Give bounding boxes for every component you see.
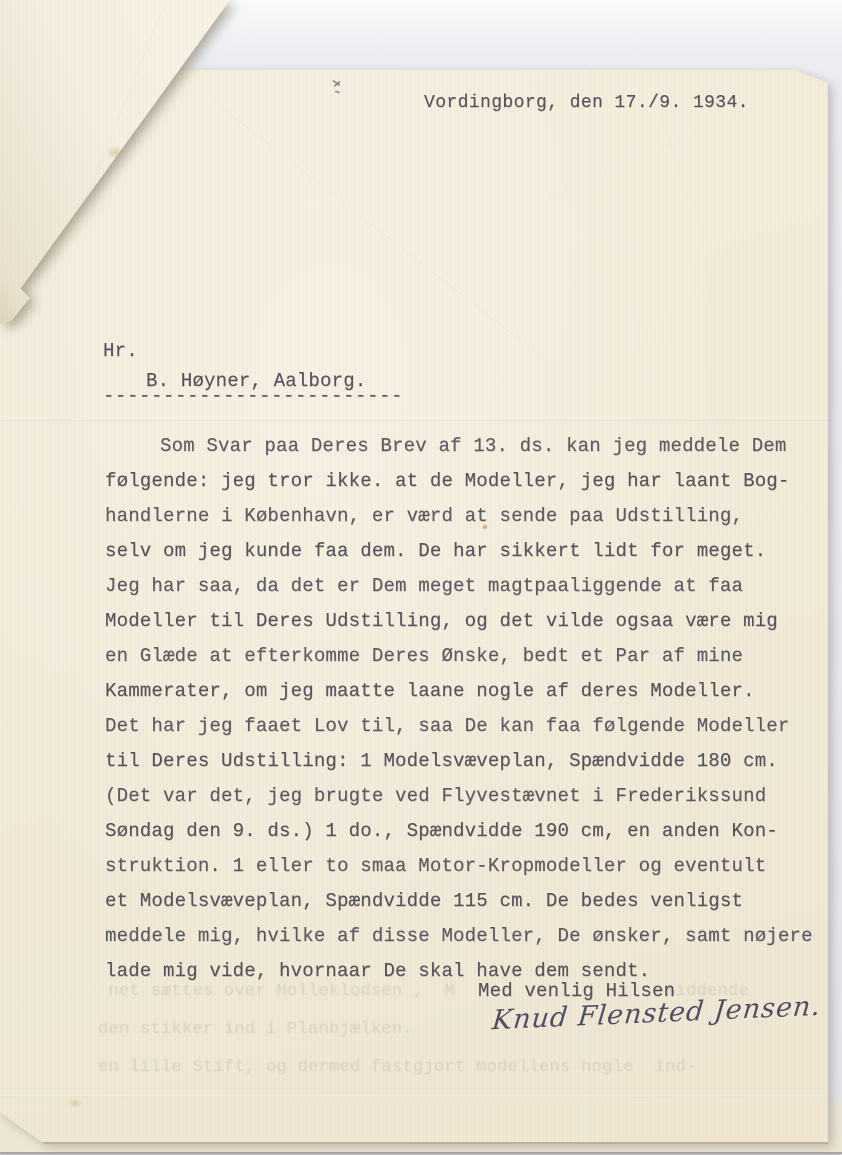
flap-crease: [25, 0, 169, 347]
recipient-salutation: Hr.: [103, 340, 138, 362]
body-line: selv om jeg kunde faa dem. De har sikker…: [105, 540, 813, 575]
body-line: Det har jeg faaet Lov til, saa De kan fa…: [105, 715, 813, 750]
body-line: lade mig vide, hvornaar De skal have dem…: [105, 960, 813, 995]
fold-crease-horizontal: [0, 418, 828, 421]
recipient-underline: -------------------------: [103, 385, 403, 407]
body-line: følgende: jeg tror ikke. at de Modeller,…: [105, 470, 813, 505]
letter-body: Som Svar paa Deres Brev af 13. ds. kan j…: [105, 435, 813, 995]
folded-corner-flap: [0, 0, 230, 324]
folded-corner-flap-surface: [0, 0, 230, 324]
fold-crease-diagonal: [214, 100, 554, 366]
stain-spot: [68, 1098, 82, 1108]
body-line: Som Svar paa Deres Brev af 13. ds. kan j…: [105, 435, 813, 470]
scanned-letter-page: net sættes over Molleklodsen , M siddend…: [0, 0, 842, 1155]
paper-bottom-edge: [30, 1142, 828, 1144]
body-line: handlerne i København, er værd at sende …: [105, 505, 813, 540]
body-line: Jeg har saa, da det er Dem meget magtpaa…: [105, 575, 813, 610]
body-line: (Det var det, jeg brugte ved Flyvestævne…: [105, 785, 813, 820]
body-line: Kammerater, om jeg maatte laane nogle af…: [105, 680, 813, 715]
body-line: en Glæde at efterkomme Deres Ønske, bedt…: [105, 645, 813, 680]
body-line: Søndag den 9. ds.) 1 do., Spændvidde 190…: [105, 820, 813, 855]
body-line: et Modelsvæveplan, Spændvidde 115 cm. De…: [105, 890, 813, 925]
dateline: Vordingborg, den 17./9. 1934.: [424, 92, 749, 114]
body-line: struktion. 1 eller to smaa Motor-Kropmod…: [105, 855, 813, 890]
stain-spot: [106, 146, 124, 159]
fold-crease-horizontal: [0, 1095, 828, 1098]
body-line: til Deres Udstilling: 1 Modelsvæveplan, …: [105, 750, 813, 785]
body-line: Modeller til Deres Udstilling, og det vi…: [105, 610, 813, 645]
bleed-through-text: en lille Stift, og dermed fastgjort mode…: [98, 1058, 697, 1077]
pen-mark: [330, 80, 344, 96]
fold-crease-diagonal: [520, 104, 758, 212]
body-line: meddele mig, hvilke af disse Modeller, D…: [105, 925, 813, 960]
